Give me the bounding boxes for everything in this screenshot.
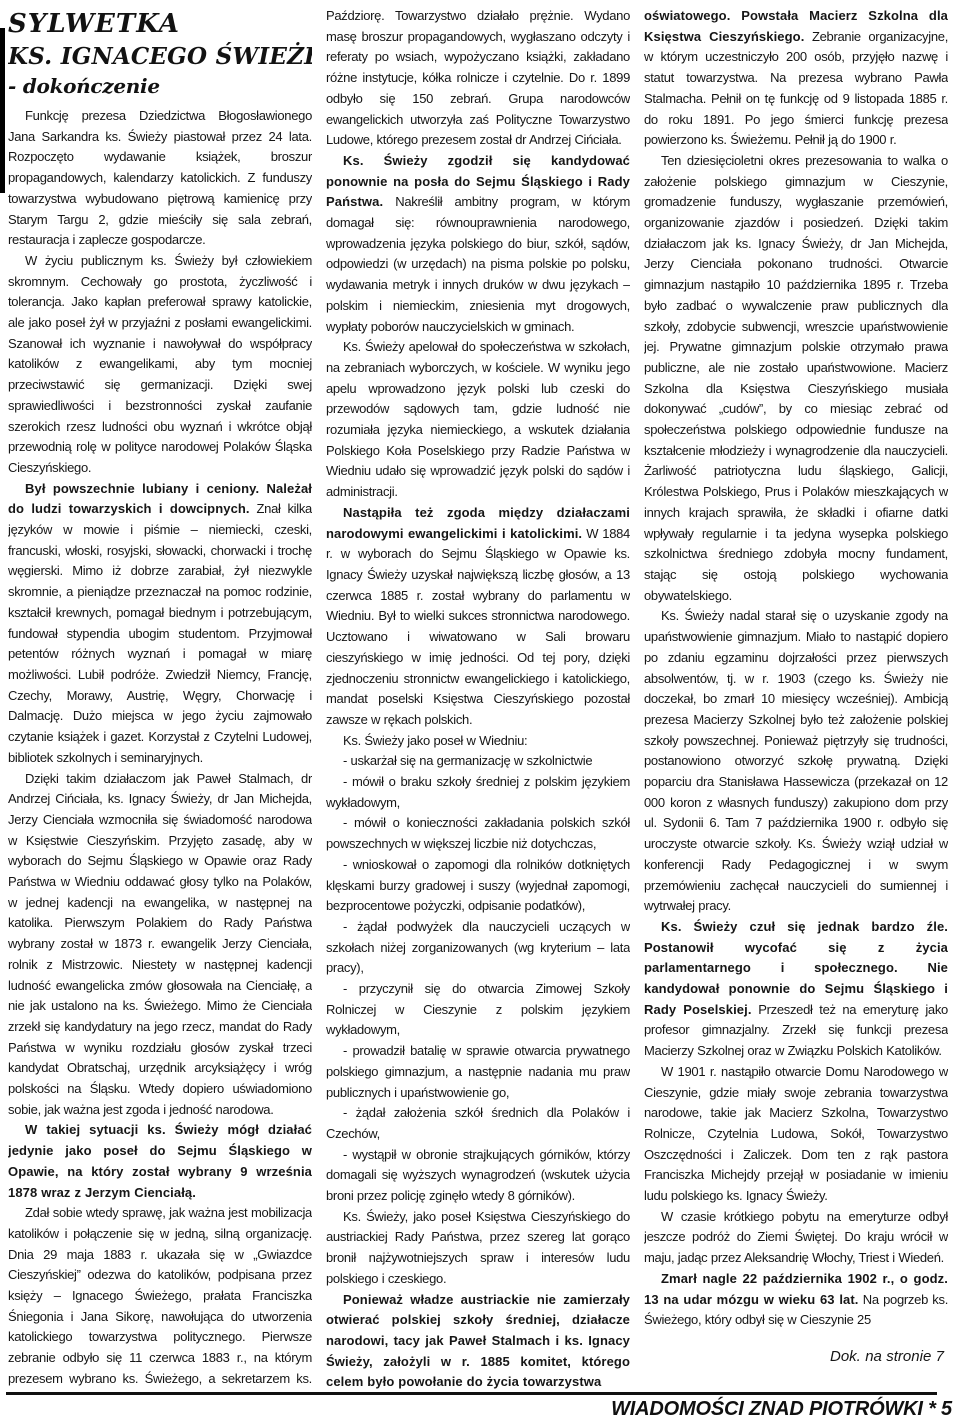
article-column-1: SYLWETKA KS. IGNACEGO ŚWIEŻEGO - dokończ… bbox=[8, 6, 312, 1390]
page-footer: WIADOMOŚCI ZNAD PIOTRÓWKI * 5 bbox=[611, 1398, 952, 1421]
column-3-paragraphs: oświatowego. Powstała Macierz Szkolna dl… bbox=[644, 6, 948, 1331]
article-column-2: Paździorę. Towarzystwo działało prężnie.… bbox=[326, 6, 630, 1390]
paragraph: Był powszechnie lubiany i ceniony. Należ… bbox=[8, 479, 312, 769]
paragraph: Ponieważ władze austriackie nie zamierza… bbox=[326, 1290, 630, 1390]
article-columns: SYLWETKA KS. IGNACEGO ŚWIEŻEGO - dokończ… bbox=[8, 6, 948, 1390]
paragraph: Dzięki takim działaczom jak Paweł Stalma… bbox=[8, 769, 312, 1121]
paragraph: Ks. Świeży nadal starał się o uzyskanie … bbox=[644, 606, 948, 917]
paragraph: W 1901 r. nastąpiło otwarcie Domu Narodo… bbox=[644, 1062, 948, 1207]
column-1-paragraphs: Funkcję prezesa Dziedzictwa Błogosławion… bbox=[8, 106, 312, 1390]
paragraph: - wnioskował o zapomogi dla rolników dot… bbox=[326, 855, 630, 917]
paragraph: - mówił o braku szkoły średniej z polski… bbox=[326, 772, 630, 813]
paragraph: - uskarżał się na germanizację w szkolni… bbox=[326, 751, 630, 772]
paragraph: Ks. Świeży apelował do społeczeństwa w s… bbox=[326, 337, 630, 503]
paragraph: Zmarł nagle 22 października 1902 r., o g… bbox=[644, 1269, 948, 1331]
paragraph: W czasie krótkiego pobytu na emeryturze … bbox=[644, 1207, 948, 1269]
scan-edge-artifact bbox=[0, 28, 5, 193]
article-title-line2: KS. IGNACEGO ŚWIEŻEGO bbox=[8, 41, 312, 73]
paragraph: - przyczynił się do otwarcia Zimowej Szk… bbox=[326, 979, 630, 1041]
continuation-note: Dok. na stronie 7 bbox=[644, 1347, 948, 1368]
paragraph: W życiu publicznym ks. Świeży był człowi… bbox=[8, 251, 312, 479]
paragraph: oświatowego. Powstała Macierz Szkolna dl… bbox=[644, 6, 948, 151]
paragraph: Ten dziesięcioletni okres prezesowania t… bbox=[644, 151, 948, 606]
paragraph: Ks. Świeży jako poseł w Wiedniu: bbox=[326, 731, 630, 752]
paragraph: Ks. Świeży zgodził się kandydować ponown… bbox=[326, 151, 630, 337]
article-title-line1: SYLWETKA bbox=[8, 8, 312, 41]
paragraph: Ks. Świeży czuł się jednak bardzo źle. P… bbox=[644, 917, 948, 1062]
article-title-block: SYLWETKA KS. IGNACEGO ŚWIEŻEGO - dokończ… bbox=[8, 8, 312, 100]
footer-rule bbox=[6, 1392, 937, 1395]
paragraph: - prowadził batalię w sprawie otwarcia p… bbox=[326, 1041, 630, 1103]
paragraph: - żądał założenia szkół średnich dla Pol… bbox=[326, 1103, 630, 1144]
paragraph: Funkcję prezesa Dziedzictwa Błogosławion… bbox=[8, 106, 312, 251]
paragraph: W takiej sytuacji ks. Świeży mógł działa… bbox=[8, 1120, 312, 1203]
paragraph: Nastąpiła też zgoda między działaczami n… bbox=[326, 503, 630, 731]
article-column-3: oświatowego. Powstała Macierz Szkolna dl… bbox=[644, 6, 948, 1390]
paragraph: - wystąpił w obronie strajkujących górni… bbox=[326, 1145, 630, 1207]
article-subtitle: - dokończenie bbox=[8, 73, 312, 100]
paragraph: - mówił o konieczności zakładania polski… bbox=[326, 813, 630, 854]
newsletter-page: SYLWETKA KS. IGNACEGO ŚWIEŻEGO - dokończ… bbox=[0, 0, 960, 1424]
column-2-paragraphs: Paździorę. Towarzystwo działało prężnie.… bbox=[326, 6, 630, 1390]
paragraph: Zdał sobie wtedy sprawę, jak ważna jest … bbox=[8, 1203, 312, 1390]
paragraph: - żądał podwyżek dla nauczycieli uczącyc… bbox=[326, 917, 630, 979]
paragraph: Ks. Świeży, jako poseł Księstwa Cieszyńs… bbox=[326, 1207, 630, 1290]
paragraph: Paździorę. Towarzystwo działało prężnie.… bbox=[326, 6, 630, 151]
